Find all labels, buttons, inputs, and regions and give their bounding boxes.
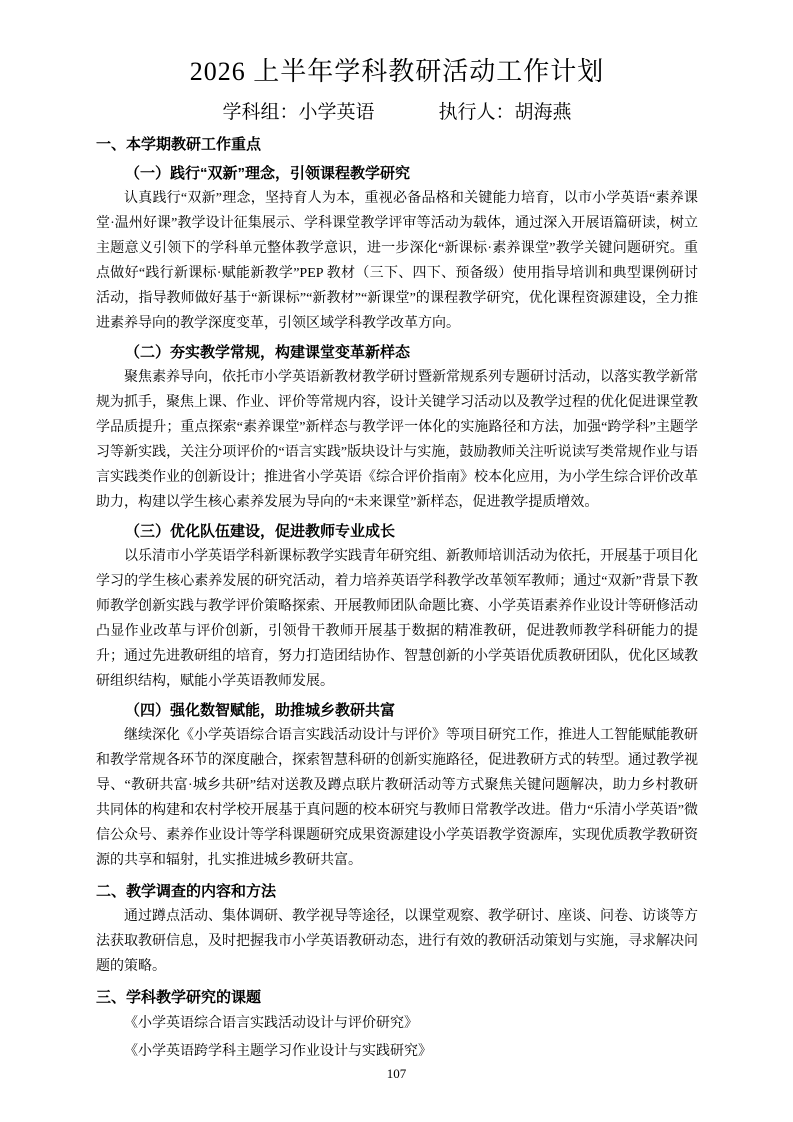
subsection-1-1-body: 认真践行“双新”理念，坚持育人为本，重视必备品格和关键能力培育，以市小学英语“素… [96, 186, 698, 336]
page-number: 107 [0, 1066, 793, 1082]
section-2-heading: 二、教学调查的内容和方法 [96, 879, 698, 904]
executor-label: 执行人：胡海燕 [439, 100, 572, 126]
subsection-1-2-heading: （二）夯实教学常规，构建课堂变革新样态 [96, 340, 698, 365]
section-2-body: 通过蹲点活动、集体调研、教学视导等途径，以课堂观察、教学研讨、座谈、问卷、访谈等… [96, 904, 698, 979]
research-topic-2: 《小学英语跨学科主题学习作业设计与实践研究》 [96, 1038, 698, 1066]
research-topic-1: 《小学英语综合语言实践活动设计与评价研究》 [96, 1010, 698, 1038]
section-3-heading: 三、学科教学研究的课题 [96, 985, 698, 1010]
document-page: 2026 上半年学科教研活动工作计划 学科组：小学英语 执行人：胡海燕 一、本学… [0, 0, 793, 1122]
subsection-1-2-body: 聚焦素养导向，依托市小学英语新教材教学研讨暨新常规系列专题研讨活动，以落实教学新… [96, 365, 698, 515]
subsection-1-3-body: 以乐清市小学英语学科新课标教学实践青年研究组、新教师培训活动为依托，开展基于项目… [96, 544, 698, 694]
subsection-1-1-heading: （一）践行“双新”理念，引领课程教学研究 [96, 161, 698, 186]
subsection-1-3-heading: （三）优化队伍建设，促进教师专业成长 [96, 519, 698, 544]
document-title: 2026 上半年学科教研活动工作计划 [96, 56, 698, 88]
document-meta-line: 学科组：小学英语 执行人：胡海燕 [96, 100, 698, 126]
section-1-heading: 一、本学期教研工作重点 [96, 132, 698, 157]
subsection-1-4-heading: （四）强化数智赋能，助推城乡教研共富 [96, 698, 698, 723]
subsection-1-4-body: 继续深化《小学英语综合语言实践活动设计与评价》等项目研究工作，推进人工智能赋能教… [96, 723, 698, 873]
subject-group-label: 学科组：小学英语 [222, 100, 374, 126]
